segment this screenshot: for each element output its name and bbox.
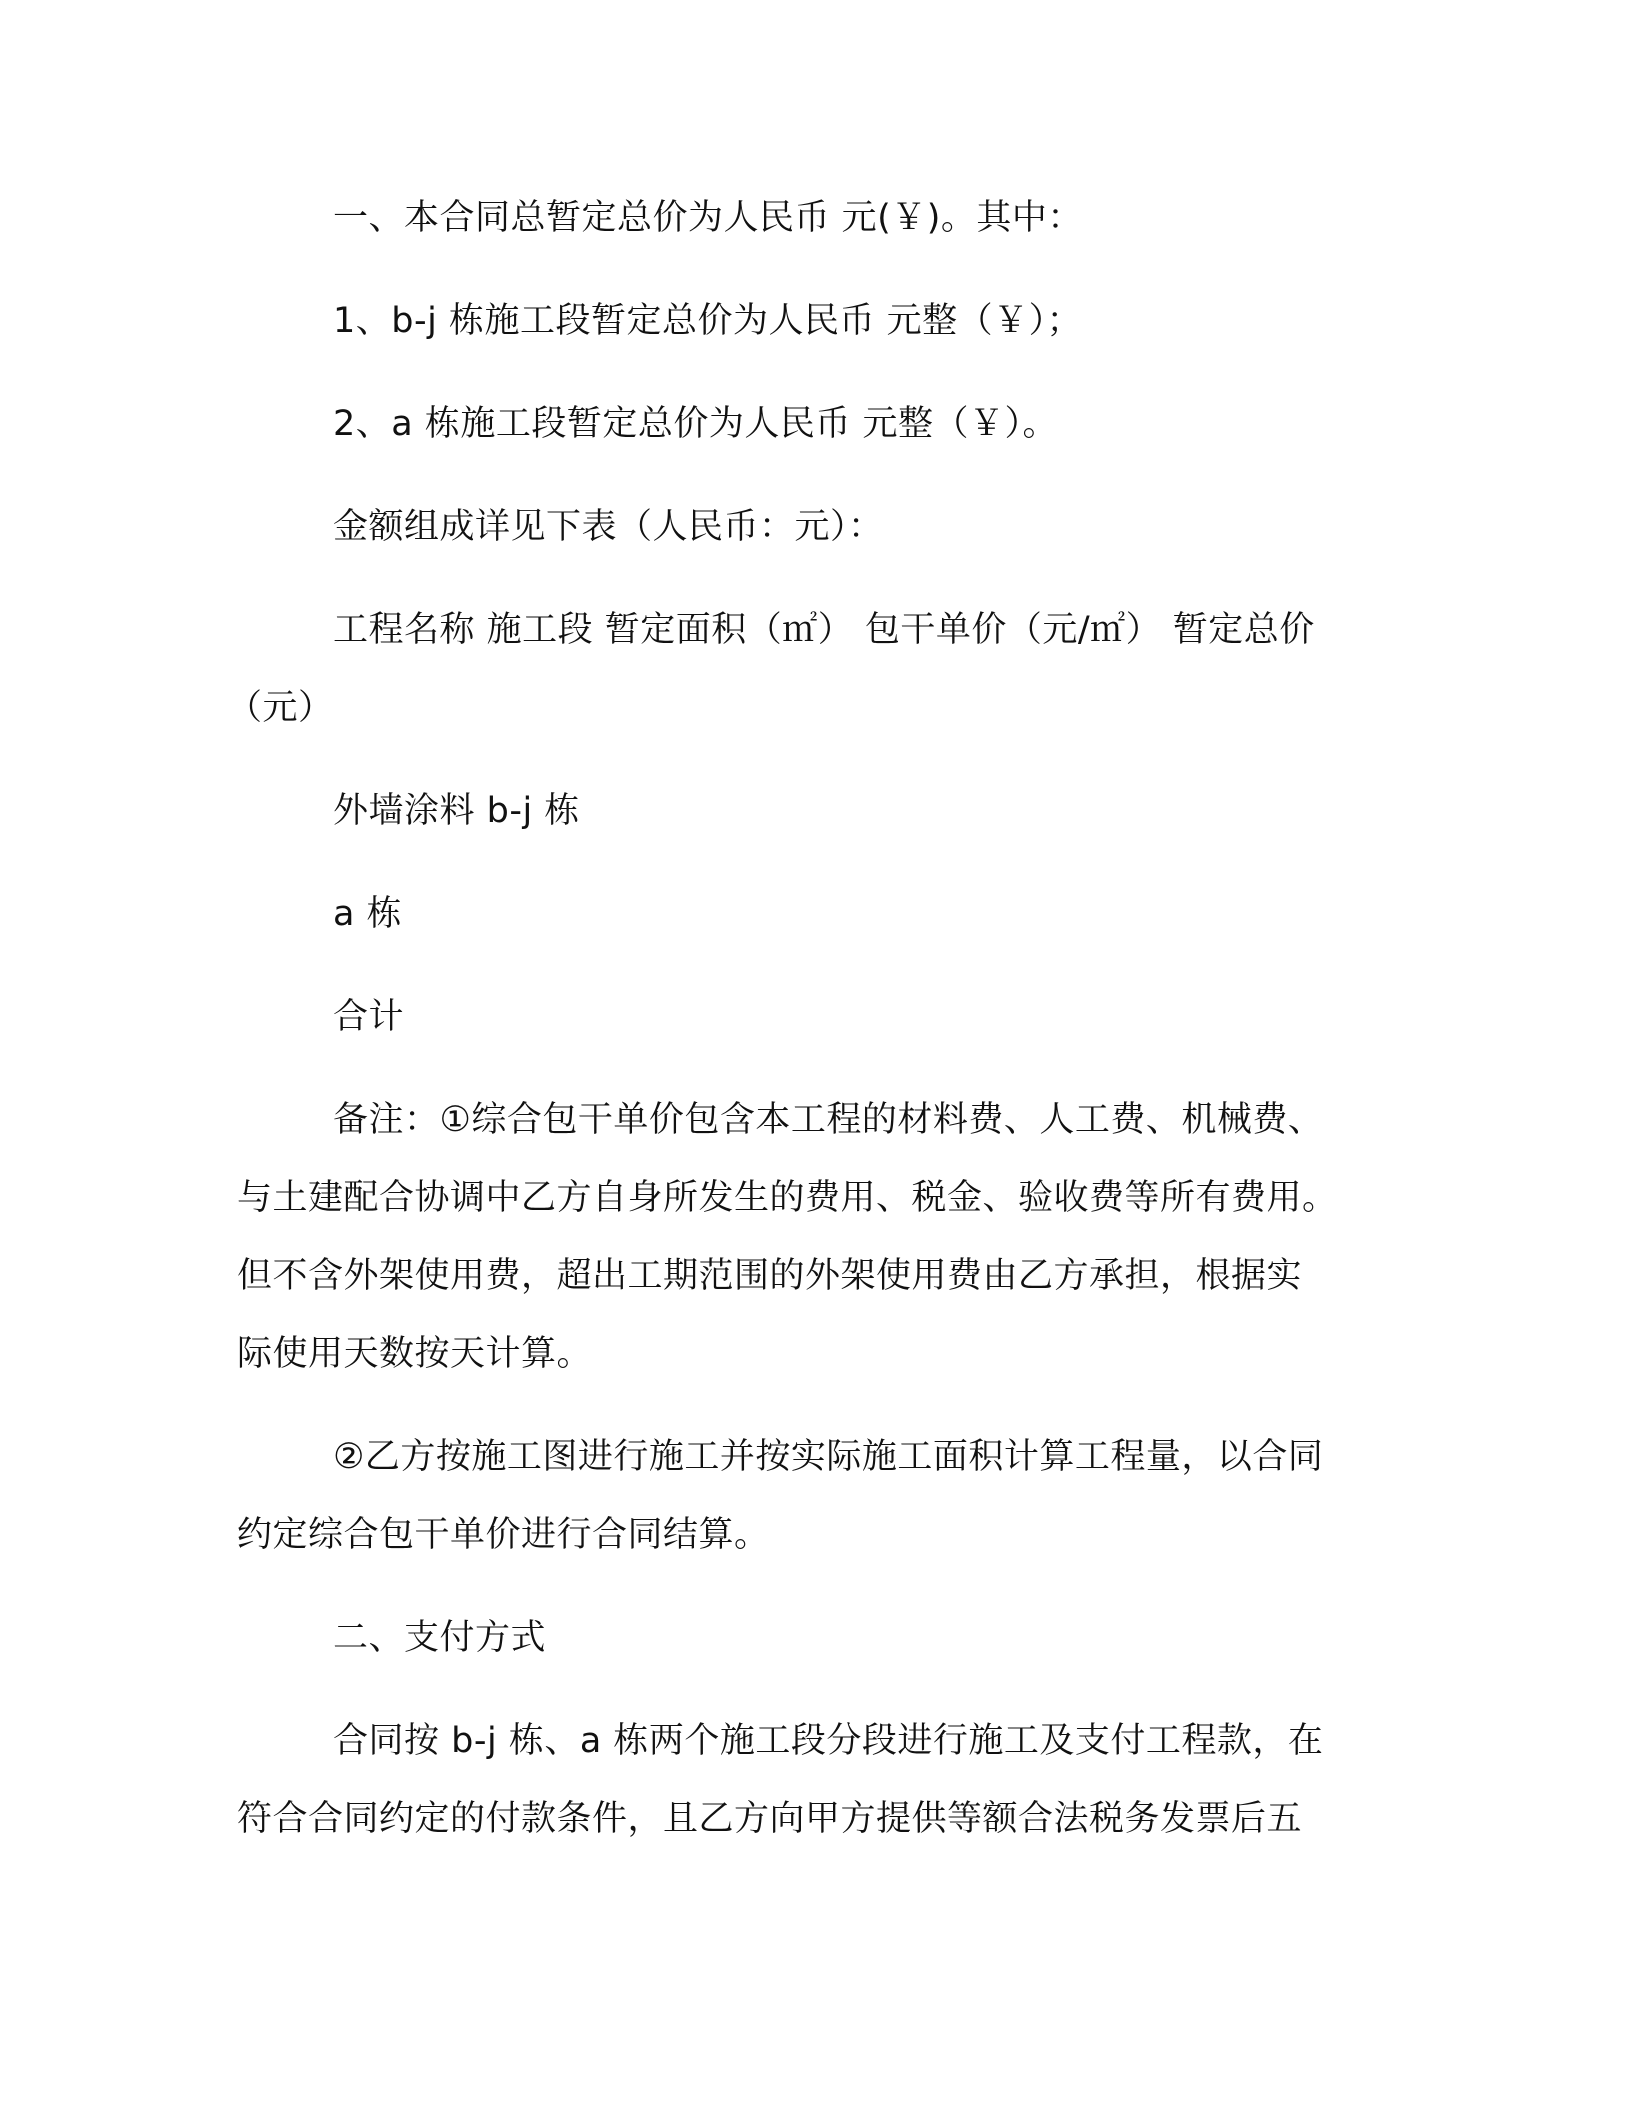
- note-1-line: 与土建配合协调中乙方自身所发生的费用、税金、验收费等所有费用。: [237, 1176, 1338, 1220]
- note-1-line: 但不含外架使用费，超出工期范围的外架使用费由乙方承担，根据实: [237, 1254, 1302, 1298]
- table-header: 工程名称 施工段 暂定面积（㎡） 包干单价（元/㎡） 暂定总价: [333, 608, 1315, 652]
- payment-line: 合同按 b-j 栋、a 栋两个施工段分段进行施工及支付工程款，在: [333, 1719, 1323, 1763]
- section1-item2: 2、a 栋施工段暂定总价为人民币 元整（￥）。: [333, 402, 1058, 446]
- table-row: 外墙涂料 b-j 栋: [333, 789, 580, 833]
- payment-line: 符合合同约定的付款条件，且乙方向甲方提供等额合法税务发票后五: [237, 1797, 1302, 1841]
- table-row: a 栋: [333, 892, 402, 936]
- note-1-line: 际使用天数按天计算。: [237, 1332, 592, 1376]
- note-2-line: ②乙方按施工图进行施工并按实际施工面积计算工程量，以合同: [333, 1435, 1323, 1479]
- table-row-total: 合计: [333, 995, 404, 1039]
- table-header-continued: （元）: [227, 686, 334, 730]
- section1-item1: 1、b-j 栋施工段暂定总价为人民币 元整（￥）；: [333, 299, 1082, 343]
- table-intro: 金额组成详见下表（人民币：元）：: [333, 505, 884, 549]
- note-2-line: 约定综合包干单价进行合同结算。: [237, 1513, 770, 1557]
- section1-heading: 一、本合同总暂定总价为人民币 元(￥)。其中：: [333, 196, 1083, 240]
- section2-heading: 二、支付方式: [333, 1616, 546, 1660]
- note-1-line: 备注：①综合包干单价包含本工程的材料费、人工费、机械费、: [333, 1098, 1323, 1142]
